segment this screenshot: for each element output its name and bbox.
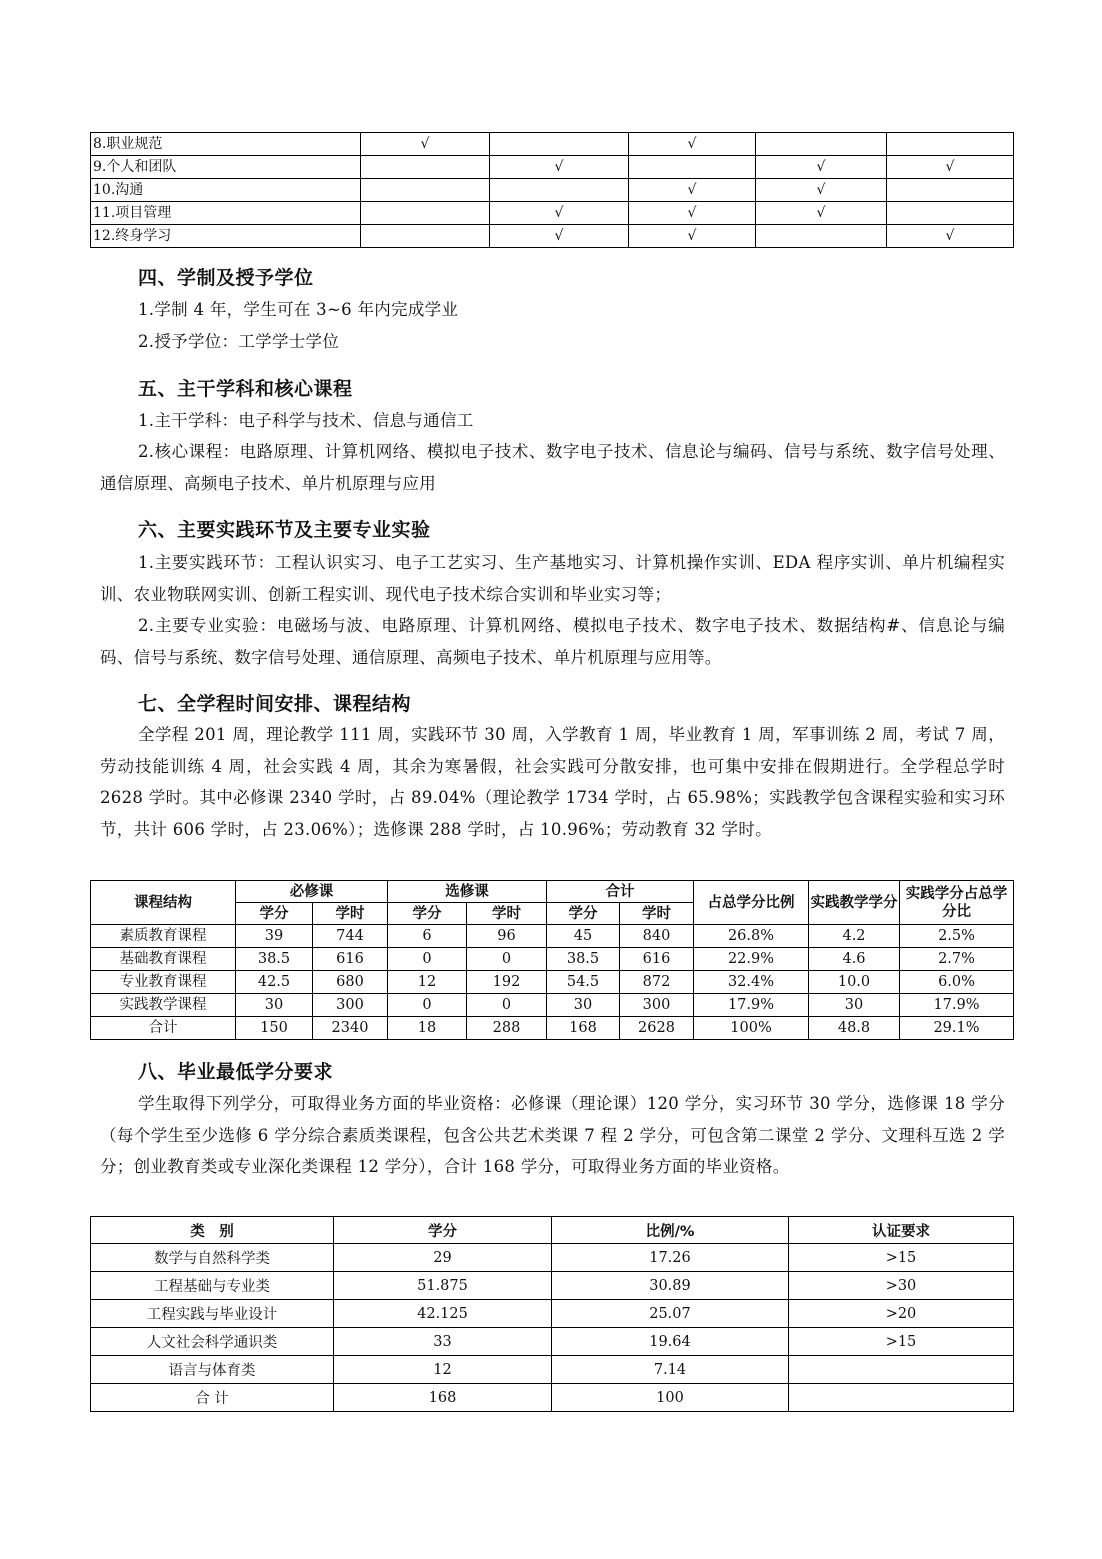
check-mark-cell: √ bbox=[490, 225, 629, 248]
structure-cell-prac-pct: 29.1% bbox=[900, 1017, 1014, 1040]
check-mark-cell: √ bbox=[490, 156, 629, 179]
header-elec-credit: 学分 bbox=[388, 903, 467, 925]
section-6-heading: 六、主要实践环节及主要专业实验 bbox=[138, 515, 431, 542]
structure-cell-req-hours: 680 bbox=[313, 971, 388, 994]
outcome-label: 12.终身学习 bbox=[91, 225, 361, 248]
credit-row: 语言与体育类127.14 bbox=[91, 1356, 1014, 1384]
header-credit: 学分 bbox=[334, 1217, 552, 1244]
structure-cell-prac-credit: 30 bbox=[809, 994, 900, 1017]
credit-cell-credit: 12 bbox=[334, 1356, 552, 1384]
credit-cell-cert: >20 bbox=[789, 1300, 1014, 1328]
structure-cell-name: 实践教学课程 bbox=[91, 994, 236, 1017]
credit-cell-category: 工程基础与专业类 bbox=[91, 1272, 334, 1300]
header-category: 类 别 bbox=[91, 1217, 334, 1244]
outcome-row: 10.沟通√√ bbox=[91, 179, 1014, 202]
structure-cell-pct: 32.4% bbox=[694, 971, 809, 994]
header-ratio: 比例/% bbox=[552, 1217, 789, 1244]
structure-cell-elec-hours: 192 bbox=[467, 971, 547, 994]
check-mark-cell bbox=[361, 225, 490, 248]
credit-cell-category: 语言与体育类 bbox=[91, 1356, 334, 1384]
structure-row: 专业教育课程42.56801219254.587232.4%10.06.0% bbox=[91, 971, 1014, 994]
outcome-row: 11.项目管理√√√ bbox=[91, 202, 1014, 225]
credit-cell-credit: 29 bbox=[334, 1244, 552, 1272]
credit-cell-ratio: 30.89 bbox=[552, 1272, 789, 1300]
section-5-para-2: 2.核心课程：电路原理、计算机网络、模拟电子技术、数字电子技术、信息论与编码、信… bbox=[100, 436, 1005, 499]
check-mark-cell: √ bbox=[887, 225, 1014, 248]
structure-cell-req-hours: 300 bbox=[313, 994, 388, 1017]
structure-cell-elec-hours: 288 bbox=[467, 1017, 547, 1040]
credit-cell-credit: 168 bbox=[334, 1384, 552, 1412]
structure-cell-pct: 22.9% bbox=[694, 948, 809, 971]
structure-cell-pct: 17.9% bbox=[694, 994, 809, 1017]
outcomes-table: 8.职业规范√√9.个人和团队√√√10.沟通√√11.项目管理√√√12.终身… bbox=[90, 132, 1014, 248]
structure-cell-tot-credit: 45 bbox=[547, 925, 620, 948]
credit-cell-ratio: 19.64 bbox=[552, 1328, 789, 1356]
credit-row: 人文社会科学通识类3319.64>15 bbox=[91, 1328, 1014, 1356]
structure-cell-prac-credit: 48.8 bbox=[809, 1017, 900, 1040]
credit-cell-credit: 33 bbox=[334, 1328, 552, 1356]
credit-row: 工程基础与专业类51.87530.89>30 bbox=[91, 1272, 1014, 1300]
credit-cell-category: 工程实践与毕业设计 bbox=[91, 1300, 334, 1328]
structure-cell-prac-pct: 17.9% bbox=[900, 994, 1014, 1017]
check-mark-cell bbox=[887, 133, 1014, 156]
credit-cell-cert bbox=[789, 1356, 1014, 1384]
section-7-heading: 七、全学程时间安排、课程结构 bbox=[138, 689, 411, 716]
structure-cell-pct: 26.8% bbox=[694, 925, 809, 948]
structure-cell-req-hours: 2340 bbox=[313, 1017, 388, 1040]
check-mark-cell: √ bbox=[756, 202, 887, 225]
check-mark-cell bbox=[756, 133, 887, 156]
header-pct-total: 占总学分比例 bbox=[694, 881, 809, 925]
structure-cell-elec-credit: 12 bbox=[388, 971, 467, 994]
structure-cell-tot-credit: 30 bbox=[547, 994, 620, 1017]
check-mark-cell bbox=[887, 202, 1014, 225]
structure-cell-prac-pct: 2.7% bbox=[900, 948, 1014, 971]
structure-cell-tot-credit: 38.5 bbox=[547, 948, 620, 971]
header-tot-hours: 学时 bbox=[620, 903, 694, 925]
structure-cell-name: 基础教育课程 bbox=[91, 948, 236, 971]
header-practice-pct: 实践学分占总学分比 bbox=[900, 881, 1014, 925]
credit-row: 工程实践与毕业设计42.12525.07>20 bbox=[91, 1300, 1014, 1328]
section-5-para-1: 1.主干学科：电子科学与技术、信息与通信工 bbox=[100, 405, 1005, 437]
credit-cell-cert bbox=[789, 1384, 1014, 1412]
check-mark-cell: √ bbox=[756, 179, 887, 202]
credit-cell-cert: >30 bbox=[789, 1272, 1014, 1300]
structure-cell-req-credit: 30 bbox=[236, 994, 313, 1017]
header-elective: 选修课 bbox=[388, 881, 547, 903]
structure-cell-req-hours: 744 bbox=[313, 925, 388, 948]
structure-cell-tot-hours: 616 bbox=[620, 948, 694, 971]
check-mark-cell bbox=[490, 133, 629, 156]
structure-cell-pct: 100% bbox=[694, 1017, 809, 1040]
check-mark-cell: √ bbox=[629, 225, 756, 248]
outcome-row: 12.终身学习√√√ bbox=[91, 225, 1014, 248]
structure-cell-name: 素质教育课程 bbox=[91, 925, 236, 948]
credit-cell-ratio: 7.14 bbox=[552, 1356, 789, 1384]
header-total: 合计 bbox=[547, 881, 694, 903]
structure-cell-elec-credit: 0 bbox=[388, 994, 467, 1017]
check-mark-cell: √ bbox=[887, 156, 1014, 179]
structure-cell-prac-credit: 4.2 bbox=[809, 925, 900, 948]
structure-cell-name: 合计 bbox=[91, 1017, 236, 1040]
check-mark-cell bbox=[490, 179, 629, 202]
credit-cell-cert: >15 bbox=[789, 1244, 1014, 1272]
check-mark-cell: √ bbox=[629, 179, 756, 202]
structure-cell-tot-hours: 840 bbox=[620, 925, 694, 948]
structure-cell-tot-hours: 872 bbox=[620, 971, 694, 994]
structure-cell-tot-credit: 54.5 bbox=[547, 971, 620, 994]
section-4-para-1: 1.学制 4 年，学生可在 3~6 年内完成学业 bbox=[100, 294, 1005, 326]
structure-cell-elec-credit: 6 bbox=[388, 925, 467, 948]
outcome-label: 10.沟通 bbox=[91, 179, 361, 202]
structure-cell-tot-credit: 168 bbox=[547, 1017, 620, 1040]
structure-cell-tot-hours: 2628 bbox=[620, 1017, 694, 1040]
section-6-para-2: 2.主要专业实验：电磁场与波、电路原理、计算机网络、模拟电子技术、数字电子技术、… bbox=[100, 610, 1005, 673]
course-structure-table: 课程结构 必修课 选修课 合计 占总学分比例 实践教学学分 实践学分占总学分比 … bbox=[90, 880, 1014, 1040]
structure-cell-prac-pct: 6.0% bbox=[900, 971, 1014, 994]
structure-cell-elec-credit: 0 bbox=[388, 948, 467, 971]
check-mark-cell: √ bbox=[756, 156, 887, 179]
structure-cell-elec-hours: 0 bbox=[467, 994, 547, 1017]
section-4-para-2: 2.授予学位：工学学士学位 bbox=[100, 326, 1005, 358]
header-course-structure: 课程结构 bbox=[91, 881, 236, 925]
header-practice-credit: 实践教学学分 bbox=[809, 881, 900, 925]
structure-cell-elec-hours: 96 bbox=[467, 925, 547, 948]
structure-cell-req-credit: 38.5 bbox=[236, 948, 313, 971]
structure-cell-elec-hours: 0 bbox=[467, 948, 547, 971]
structure-cell-name: 专业教育课程 bbox=[91, 971, 236, 994]
credit-cell-category: 数学与自然科学类 bbox=[91, 1244, 334, 1272]
section-5-heading: 五、主干学科和核心课程 bbox=[138, 374, 353, 401]
credit-cell-credit: 51.875 bbox=[334, 1272, 552, 1300]
structure-row: 合计1502340182881682628100%48.829.1% bbox=[91, 1017, 1014, 1040]
header-req-credit: 学分 bbox=[236, 903, 313, 925]
section-4-heading: 四、学制及授予学位 bbox=[138, 263, 314, 290]
structure-cell-req-credit: 42.5 bbox=[236, 971, 313, 994]
credit-requirements-table: 类 别 学分 比例/% 认证要求 数学与自然科学类2917.26>15工程基础与… bbox=[90, 1216, 1014, 1412]
check-mark-cell bbox=[756, 225, 887, 248]
structure-cell-req-hours: 616 bbox=[313, 948, 388, 971]
check-mark-cell bbox=[887, 179, 1014, 202]
credit-cell-ratio: 100 bbox=[552, 1384, 789, 1412]
header-req-hours: 学时 bbox=[313, 903, 388, 925]
section-8-para-1: 学生取得下列学分，可取得业务方面的毕业资格：必修课（理论课）120 学分，实习环… bbox=[100, 1088, 1005, 1183]
credit-cell-ratio: 17.26 bbox=[552, 1244, 789, 1272]
structure-cell-prac-credit: 10.0 bbox=[809, 971, 900, 994]
credit-cell-category: 人文社会科学通识类 bbox=[91, 1328, 334, 1356]
outcome-label: 11.项目管理 bbox=[91, 202, 361, 225]
credit-row: 合 计168100 bbox=[91, 1384, 1014, 1412]
structure-cell-elec-credit: 18 bbox=[388, 1017, 467, 1040]
structure-row: 素质教育课程397446964584026.8%4.22.5% bbox=[91, 925, 1014, 948]
check-mark-cell: √ bbox=[490, 202, 629, 225]
outcome-label: 8.职业规范 bbox=[91, 133, 361, 156]
outcome-label: 9.个人和团队 bbox=[91, 156, 361, 179]
outcome-row: 8.职业规范√√ bbox=[91, 133, 1014, 156]
structure-cell-tot-hours: 300 bbox=[620, 994, 694, 1017]
header-tot-credit: 学分 bbox=[547, 903, 620, 925]
section-8-heading: 八、毕业最低学分要求 bbox=[138, 1057, 333, 1084]
check-mark-cell: √ bbox=[361, 133, 490, 156]
check-mark-cell: √ bbox=[629, 202, 756, 225]
section-7-para-1: 全学程 201 周，理论教学 111 周，实践环节 30 周，入学教育 1 周，… bbox=[100, 719, 1005, 845]
outcome-row: 9.个人和团队√√√ bbox=[91, 156, 1014, 179]
credit-cell-cert: >15 bbox=[789, 1328, 1014, 1356]
header-required: 必修课 bbox=[236, 881, 388, 903]
structure-cell-req-credit: 150 bbox=[236, 1017, 313, 1040]
header-cert: 认证要求 bbox=[789, 1217, 1014, 1244]
structure-cell-prac-pct: 2.5% bbox=[900, 925, 1014, 948]
credit-cell-ratio: 25.07 bbox=[552, 1300, 789, 1328]
check-mark-cell: √ bbox=[629, 133, 756, 156]
credit-cell-category: 合 计 bbox=[91, 1384, 334, 1412]
structure-cell-prac-credit: 4.6 bbox=[809, 948, 900, 971]
structure-row: 基础教育课程38.56160038.561622.9%4.62.7% bbox=[91, 948, 1014, 971]
check-mark-cell bbox=[361, 179, 490, 202]
credit-row: 数学与自然科学类2917.26>15 bbox=[91, 1244, 1014, 1272]
check-mark-cell bbox=[629, 156, 756, 179]
credit-cell-credit: 42.125 bbox=[334, 1300, 552, 1328]
check-mark-cell bbox=[361, 156, 490, 179]
structure-row: 实践教学课程30300003030017.9%3017.9% bbox=[91, 994, 1014, 1017]
structure-cell-req-credit: 39 bbox=[236, 925, 313, 948]
check-mark-cell bbox=[361, 202, 490, 225]
header-elec-hours: 学时 bbox=[467, 903, 547, 925]
section-6-para-1: 1.主要实践环节：工程认识实习、电子工艺实习、生产基地实习、计算机操作实训、ED… bbox=[100, 547, 1005, 610]
document-page: 8.职业规范√√9.个人和团队√√√10.沟通√√11.项目管理√√√12.终身… bbox=[0, 0, 1102, 1559]
